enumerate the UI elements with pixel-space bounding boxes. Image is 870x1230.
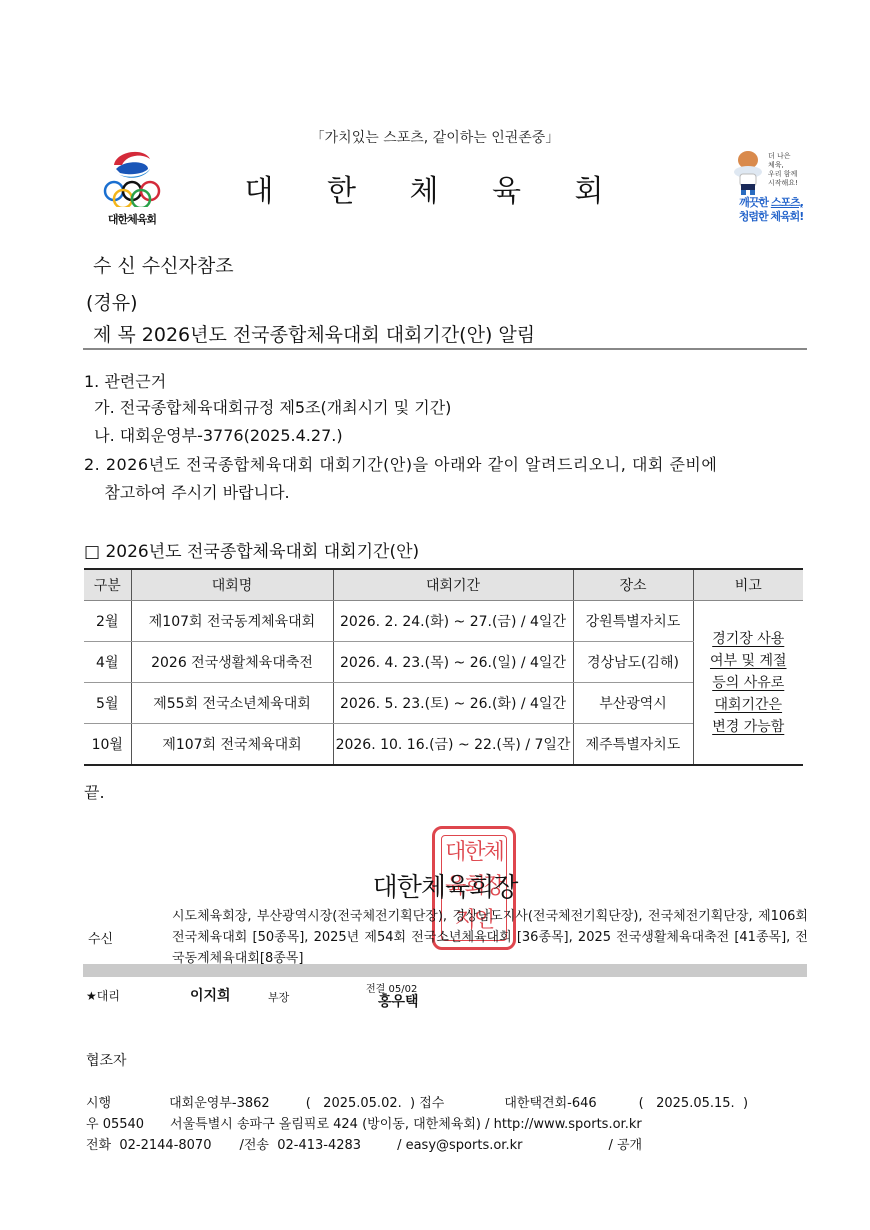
schedule-table: 구분 대회명 대회기간 장소 비고 2월 제107회 전국동계체육대회 2026…: [84, 568, 803, 766]
cell-event: 제107회 전국동계체육대회: [131, 601, 333, 642]
body-item-1a: 가. 전국종합체육대회규정 제5조(개최시기 및 기간): [84, 395, 451, 421]
drafter-name: 이지희: [190, 985, 231, 1005]
col-header-event: 대회명: [131, 569, 333, 601]
clean-sports-mascot: 더 나은 체육, 우리 함께 시작해요! 깨끗한 스포츠, 청렴한 체육회!: [722, 148, 814, 228]
table-title: □ 2026년도 전국종합체육대회 대회기간(안): [84, 537, 419, 562]
approver-name: 홍우택: [378, 991, 419, 1011]
cell-event: 제55회 전국소년체육대회: [131, 683, 333, 724]
body-item-2-cont: 참고하여 주시기 바랍니다.: [84, 480, 290, 506]
recipient-line: 수 신 수신자참조: [93, 251, 234, 278]
subject-value: 2026년도 전국종합체육대회 대회기간(안) 알림: [142, 324, 535, 346]
subject-label: 제 목: [93, 324, 136, 346]
body-item-1b: 나. 대회운영부-3776(2025.4.27.): [84, 423, 343, 449]
cell-note: 경기장 사용 여부 및 계절 등의 사유로 대회기간은 변경 가능함: [693, 601, 803, 766]
table-header-row: 구분 대회명 대회기간 장소 비고: [84, 569, 803, 601]
end-mark: 끝.: [84, 780, 105, 803]
recipient-label: 수 신: [93, 255, 136, 277]
issuer-signature: 대한체육회장: [0, 867, 870, 904]
footer-line-contact: 전화 02-2144-8070/전송 02-413-4283/ easy@spo…: [86, 1135, 642, 1156]
cell-month: 2월: [84, 601, 131, 642]
clean-sports-slogan: 깨끗한 스포츠, 청렴한 체육회!: [728, 196, 814, 224]
header-divider: [83, 348, 807, 350]
logo-text: 대한체육회: [92, 211, 172, 227]
subject-line: 제 목 2026년도 전국종합체육대회 대회기간(안) 알림: [93, 320, 535, 347]
address-and-website[interactable]: 서울특별시 송파구 올림픽로 424 (방이동, 대한체육회) / http:/…: [170, 1117, 642, 1132]
cell-month: 4월: [84, 642, 131, 683]
cell-month: 10월: [84, 724, 131, 766]
email-link[interactable]: / easy@sports.or.kr: [397, 1138, 522, 1153]
slogan: 「가치있는 스포츠, 같이하는 인권존중」: [0, 127, 870, 147]
table-row: 2월 제107회 전국동계체육대회 2026. 2. 24.(화) ~ 27.(…: [84, 601, 803, 642]
cell-period: 2026. 5. 23.(토) ~ 26.(화) / 4일간: [333, 683, 573, 724]
cell-period: 2026. 2. 24.(화) ~ 27.(금) / 4일간: [333, 601, 573, 642]
col-header-venue: 장소: [573, 569, 693, 601]
col-header-category: 구분: [84, 569, 131, 601]
cooperator-label: 협조자: [86, 1050, 127, 1070]
cell-venue: 제주특별자치도: [573, 724, 693, 766]
mascot-speech: 더 나은 체육, 우리 함께 시작해요!: [768, 152, 798, 188]
via-line: (경유): [86, 288, 138, 315]
distribution-list: 시도체육회장, 부산광역시장(전국체전기획단장), 경상남도지사(전국체전기획단…: [172, 906, 808, 969]
cell-venue: 강원특별자치도: [573, 601, 693, 642]
cell-event: 2026 전국생활체육대축전: [131, 642, 333, 683]
cell-month: 5월: [84, 683, 131, 724]
body-item-2: 2. 2026년도 전국종합체육대회 대회기간(안)을 아래와 같이 알려드리오…: [84, 452, 717, 478]
col-header-note: 비고: [693, 569, 803, 601]
drafter-title: ★대리: [86, 987, 120, 1004]
cell-event: 제107회 전국체육대회: [131, 724, 333, 766]
cell-period: 2026. 4. 23.(목) ~ 26.(일) / 4일간: [333, 642, 573, 683]
cell-venue: 부산광역시: [573, 683, 693, 724]
distribution-label: 수신: [88, 928, 113, 947]
section-divider-bar: [83, 964, 807, 977]
mascot-icon: [726, 148, 770, 196]
body-item-1: 1. 관련근거: [84, 369, 166, 395]
footer-line-address: 우 05540서울특별시 송파구 올림픽로 424 (방이동, 대한체육회) /…: [86, 1114, 642, 1135]
cell-venue: 경상남도(김해): [573, 642, 693, 683]
cell-period: 2026. 10. 16.(금) ~ 22.(목) / 7일간: [333, 724, 573, 766]
recipient-value: 수신자참조: [142, 255, 234, 277]
approver-title: 부장: [268, 989, 289, 1005]
footer-line-enforcement: 시행대회운영부-3862( 2025.05.02. ) 접수대한택견회-646(…: [86, 1093, 748, 1114]
col-header-period: 대회기간: [333, 569, 573, 601]
